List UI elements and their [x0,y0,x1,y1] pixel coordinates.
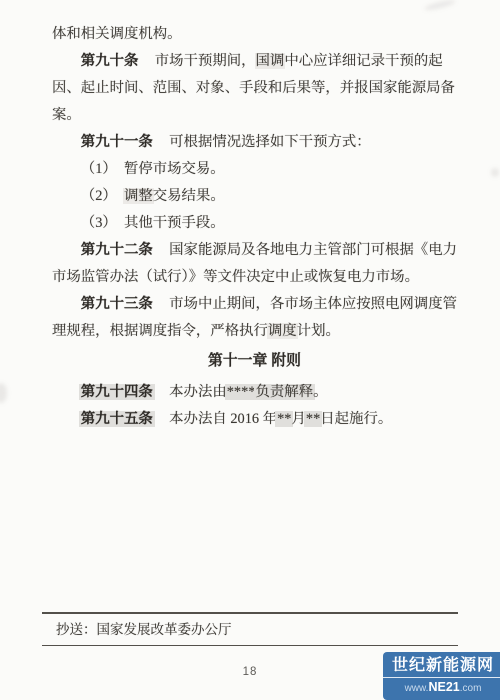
article-number: 第九十三条 [81,296,153,312]
body-text-segment: 交易结果。 [153,188,225,204]
body-text-segment: 本办法自 2016 年 [155,411,277,427]
document-page: 体和相关调度机构。 第九十条 市场干预期间，国调中心应详细记录干预的起因、起止时… [0,0,500,700]
paragraph-article-91: 第九十一条 可根据情况选择如下干预方式： [52,129,457,156]
body-text-segment: 。 [313,384,327,400]
scan-artifact [424,0,457,12]
document-body: 体和相关调度机构。 第九十条 市场干预期间，国调中心应详细记录干预的起因、起止时… [52,21,457,433]
scan-artifact [491,168,499,177]
redaction-highlight: 负责解释 [256,384,314,400]
redaction-highlight: ** [277,411,291,427]
paragraph-article-94: 第九十四条 本办法由****负责解释。 [52,379,457,406]
body-text-segment: （2） [81,188,124,204]
body-text-segment: （3） 其他干预手段。 [81,215,225,231]
body-text-segment: 月 [291,411,305,427]
paragraph-carryover: 体和相关调度机构。 [52,21,457,48]
list-item-1: （1） 暂停市场交易。 [52,156,457,183]
footer-rule-top [42,612,458,614]
article-number: 第九十条 [81,53,139,69]
footer-cc-line: 抄送：国家发展改革委办公厅 [56,619,232,641]
article-number: 第九十一条 [81,134,153,150]
footer-rule-bottom [42,645,458,646]
redaction-highlight: **** [227,384,256,400]
paragraph-article-95: 第九十五条 本办法自 2016 年**月**日起施行。 [52,406,457,433]
body-text-segment: 本办法由 [155,384,227,400]
body-text-segment: 日起施行。 [320,411,392,427]
redaction-highlight: 国调 [256,53,285,69]
redaction-highlight: 调整 [124,188,153,204]
list-item-2: （2） 调整交易结果。 [52,183,457,210]
ne21-watermark-logo: 世纪新能源网 www.NE21.com [383,652,500,700]
paragraph-article-90: 第九十条 市场干预期间，国调中心应详细记录干预的起因、起止时间、范围、对象、手段… [52,48,457,129]
scan-artifact [0,383,7,403]
article-number: 第九十二条 [81,242,153,258]
body-text-segment: 计划。 [297,323,340,339]
article-number: 第九十四条 [81,384,153,400]
url-suffix: .com [460,683,482,694]
body-text-segment: 市场干预期间， [140,53,255,69]
list-item-3: （3） 其他干预手段。 [52,210,457,237]
body-text-segment: 体和相关调度机构。 [52,26,182,42]
url-prefix: www. [405,683,429,694]
paragraph-article-92: 第九十二条 国家能源局及各地电力主管部门可根据《电力市场监管办法（试行）》等文件… [52,237,457,291]
url-name: NE21 [428,680,459,694]
body-text-segment: （1） 暂停市场交易。 [81,161,225,177]
article-number: 第九十五条 [81,411,153,427]
redaction-highlight: ** [306,411,320,427]
watermark-site-url: www.NE21.com [383,678,500,696]
watermark-site-name: 世纪新能源网 [383,656,500,678]
body-text-segment: 可根据情况选择如下干预方式： [155,134,371,150]
paragraph-article-93: 第九十三条 市场中止期间，各市场主体应按照电网调度管理规程，根据调度指令，严格执… [52,291,457,345]
chapter-heading: 第十一章 附则 [52,348,457,375]
redaction-highlight: 调度 [268,323,297,339]
